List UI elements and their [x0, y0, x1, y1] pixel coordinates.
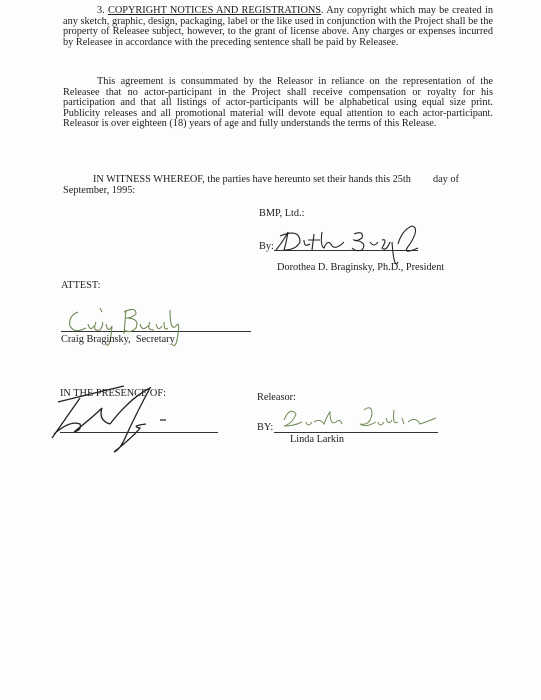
- witness-clause: IN WITNESS WHEREOF, the parties have her…: [63, 175, 493, 196]
- linda-signature: [280, 404, 440, 434]
- company-signer-title: President: [406, 262, 444, 273]
- attest-label: ATTEST:: [61, 280, 101, 291]
- witness-date: September, 1995:: [63, 185, 135, 196]
- clause-heading: COPYRIGHT NOTICES AND REGISTRATIONS: [108, 5, 321, 16]
- copyright-clause: 3. COPYRIGHT NOTICES AND REGISTRATIONS. …: [63, 6, 493, 48]
- company-by-label: By:: [259, 241, 274, 252]
- consummation-text: This agreement is consummated by the Rel…: [63, 76, 493, 129]
- attest-signer: Craig Braginsky, Secretary: [61, 334, 175, 345]
- consummation-clause: This agreement is consummated by the Rel…: [63, 77, 493, 130]
- company-signer: Dorothea D. Braginsky, Ph.D., President: [277, 262, 444, 273]
- company-signer-name: Dorothea D. Braginsky, Ph.D.,: [277, 262, 403, 273]
- releasor-by-label: BY:: [257, 422, 273, 433]
- releasor-label: Releasor:: [257, 392, 296, 403]
- craig-signature: [66, 304, 216, 354]
- attest-signer-title: Secretary: [136, 334, 175, 345]
- attest-signer-name: Craig Braginsky,: [61, 334, 131, 345]
- witness-day-of: day of: [433, 174, 459, 185]
- witness-signature: [50, 384, 210, 454]
- releasor-signer-name: Linda Larkin: [290, 434, 344, 445]
- document-page: 3. COPYRIGHT NOTICES AND REGISTRATIONS. …: [0, 0, 541, 700]
- witness-text: IN WITNESS WHEREOF, the parties have her…: [93, 174, 411, 185]
- clause-number: 3.: [97, 5, 105, 16]
- company-name: BMP, Ltd.:: [259, 208, 305, 219]
